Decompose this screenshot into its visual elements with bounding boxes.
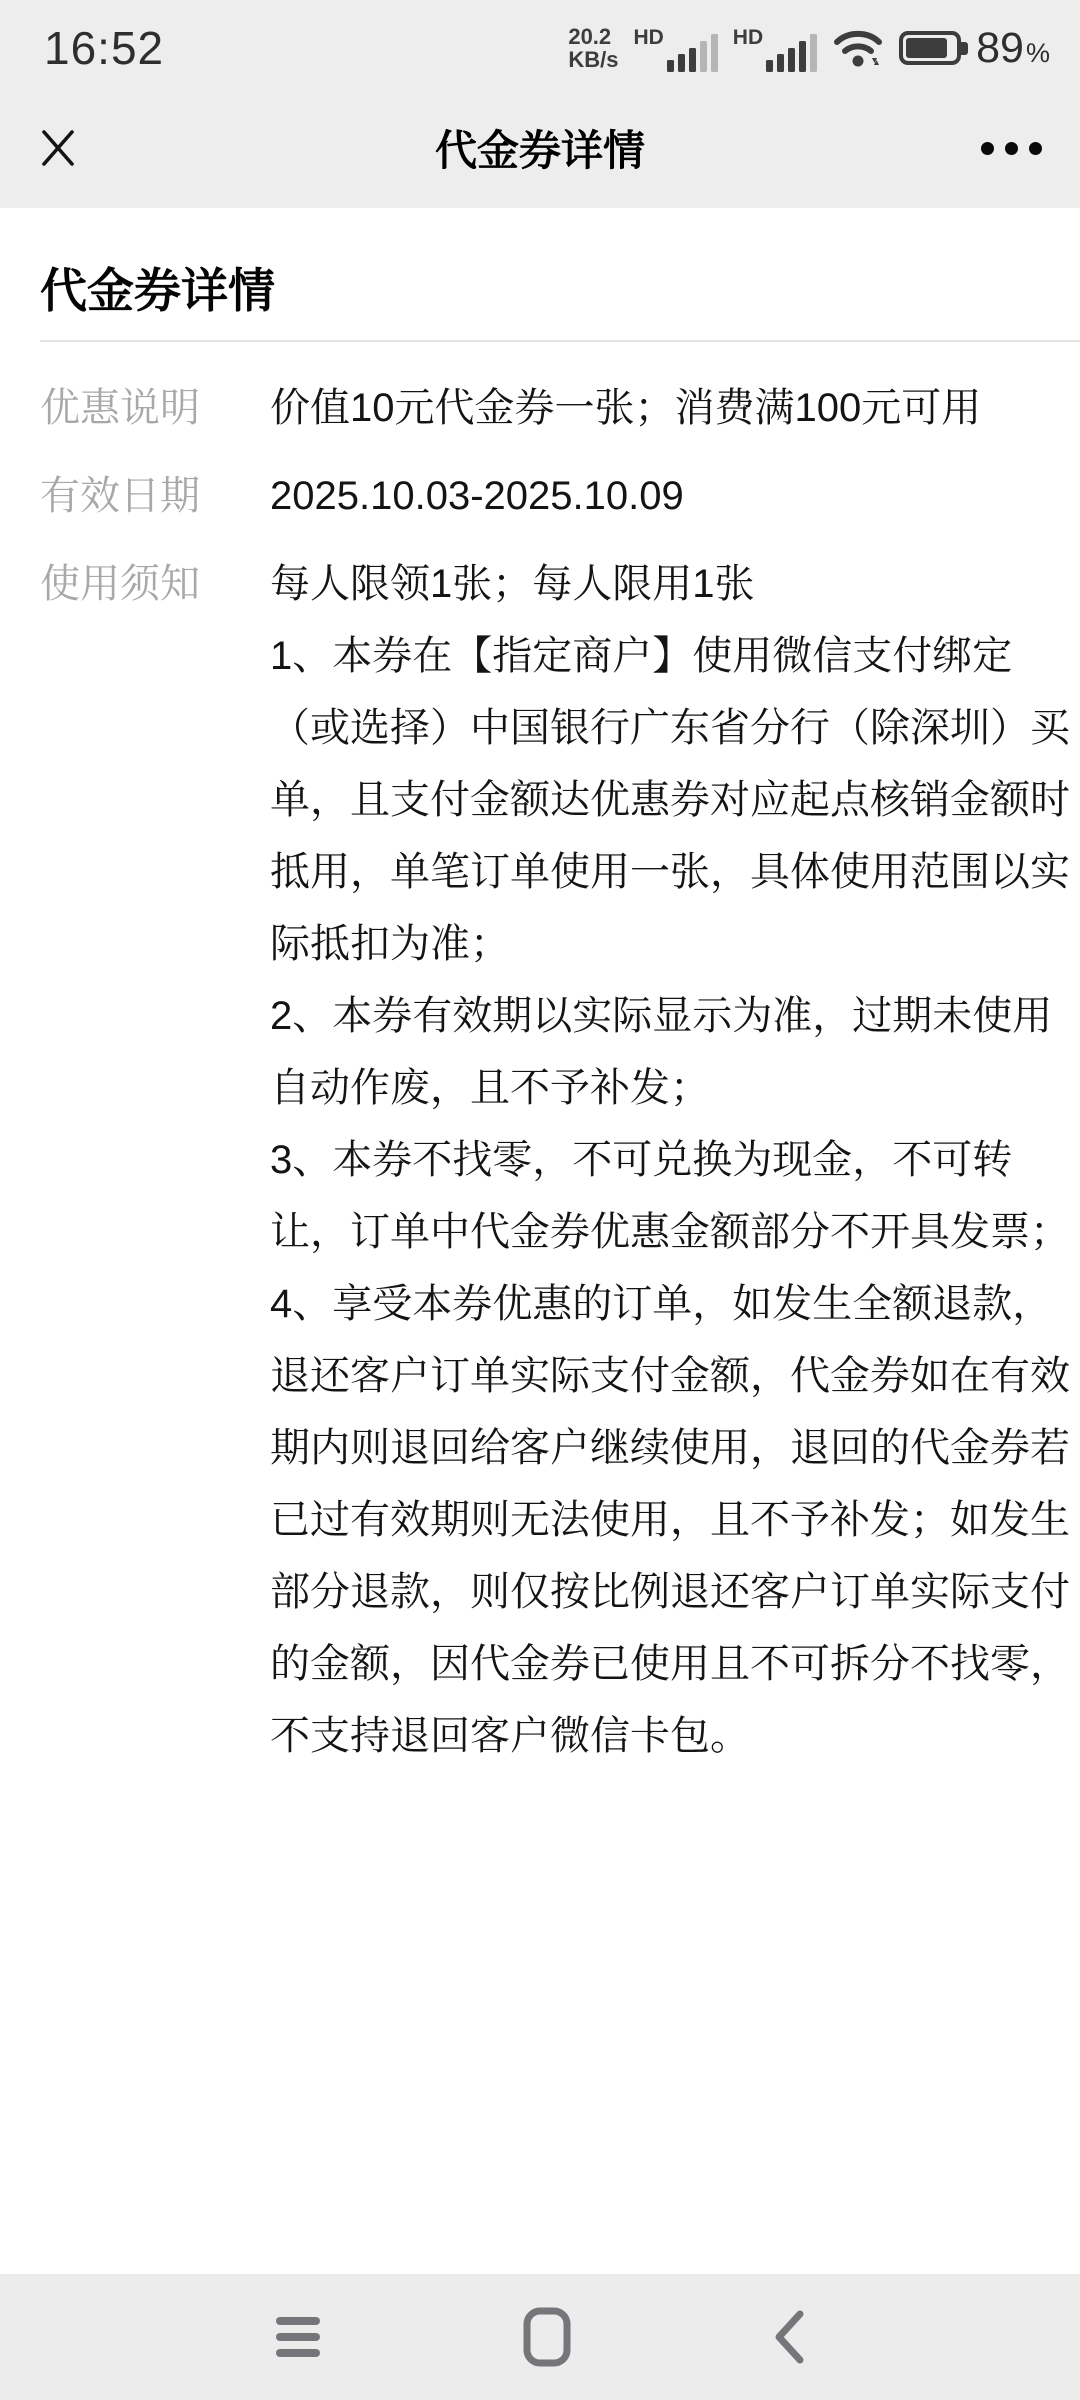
sim2-signal-icon: HD (733, 24, 817, 72)
network-speed-unit: KB/s (568, 48, 618, 71)
row-label: 使用须知 (40, 548, 270, 1772)
voucher-detail-content: 代金券详情 优惠说明 价值10元代金券一张；消费满100元可用 有效日期 202… (0, 208, 1080, 1788)
more-button[interactable] (969, 130, 1054, 167)
terms-line: 1、本券在【指定商户】使用微信支付绑定 (270, 620, 1080, 692)
terms-line: 让，订单中代金券优惠金额部分不开具发票； (270, 1196, 1080, 1268)
status-time: 16:52 (44, 21, 164, 75)
terms-line: 际抵扣为准； (270, 908, 1080, 980)
back-button[interactable] (758, 2295, 820, 2379)
row-value: 价值10元代金券一张；消费满100元可用 (270, 372, 1080, 444)
terms-line: 已过有效期则无法使用，且不予补发；如发生 (270, 1484, 1080, 1556)
network-speed-value: 20.2 (568, 25, 611, 48)
battery-percent-value: 89 (976, 24, 1024, 73)
sim1-hd-badge: HD (633, 28, 663, 48)
battery-percent: 89 % (976, 24, 1050, 73)
nav-title: 代金券详情 (435, 118, 645, 178)
android-nav-buttons (260, 2274, 820, 2400)
terms-line: 4、享受本券优惠的订单，如发生全额退款， (270, 1268, 1080, 1340)
network-speed-indicator: 20.2 KB/s (568, 25, 618, 71)
terms-line: 每人限领1张；每人限用1张 (270, 548, 1080, 620)
battery-icon (899, 31, 961, 65)
page-heading: 代金券详情 (40, 262, 1040, 320)
signal-bars-icon (766, 34, 817, 72)
home-button[interactable] (509, 2293, 585, 2381)
back-icon (772, 2309, 806, 2365)
sim2-hd-badge: HD (733, 28, 763, 48)
terms-line: 不支持退回客户微信卡包。 (270, 1700, 1080, 1772)
nav-bar: 代金券详情 (0, 88, 1080, 208)
more-icon (981, 142, 1042, 155)
battery-terminal (961, 42, 968, 55)
terms-line: 的金额，因代金券已使用且不可拆分不找零， (270, 1628, 1080, 1700)
terms-line: 3、本券不找零，不可兑换为现金，不可转 (270, 1124, 1080, 1196)
row-label: 有效日期 (40, 460, 270, 532)
terms-line: 单，且支付金额达优惠券对应起点核销金额时 (270, 764, 1080, 836)
detail-row-discount: 优惠说明 价值10元代金券一张；消费满100元可用 (40, 372, 1080, 444)
signal-bars-icon (667, 34, 718, 72)
heading-divider (40, 340, 1080, 342)
phone-screen: 16:52 20.2 KB/s HD HD (0, 0, 1080, 2400)
terms-line: 期内则退回给客户继续使用，退回的代金券若 (270, 1412, 1080, 1484)
terms-text: 每人限领1张；每人限用1张1、本券在【指定商户】使用微信支付绑定（或选择）中国银… (270, 548, 1080, 1772)
terms-line: 退还客户订单实际支付金额，代金券如在有效 (270, 1340, 1080, 1412)
terms-line: 部分退款，则仅按比例退还客户订单实际支付 (270, 1556, 1080, 1628)
home-icon (523, 2307, 571, 2367)
terms-line: 抵用，单笔订单使用一张，具体使用范围以实 (270, 836, 1080, 908)
detail-row-terms: 使用须知 每人限领1张；每人限用1张1、本券在【指定商户】使用微信支付绑定（或选… (40, 548, 1080, 1772)
detail-row-validity: 有效日期 2025.10.03-2025.10.09 (40, 460, 1080, 532)
detail-rows: 优惠说明 价值10元代金券一张；消费满100元可用 有效日期 2025.10.0… (40, 372, 1080, 1772)
terms-line: 自动作废，且不予补发； (270, 1052, 1080, 1124)
close-button[interactable] (26, 116, 90, 180)
percent-sign: % (1026, 38, 1050, 69)
close-icon (38, 128, 78, 168)
status-bar: 16:52 20.2 KB/s HD HD (0, 0, 1080, 88)
android-nav-bar (0, 2274, 1080, 2400)
terms-line: 2、本券有效期以实际显示为准，过期未使用 (270, 980, 1080, 1052)
battery-fill (906, 38, 947, 58)
menu-icon (274, 2314, 322, 2360)
recents-button[interactable] (260, 2300, 336, 2374)
row-value: 2025.10.03-2025.10.09 (270, 460, 1080, 532)
terms-line: （或选择）中国银行广东省分行（除深圳）买 (270, 692, 1080, 764)
row-label: 优惠说明 (40, 372, 270, 444)
wifi-icon (832, 26, 884, 70)
sim1-signal-icon: HD (633, 24, 717, 72)
status-icons: 20.2 KB/s HD HD 8 (568, 24, 1050, 73)
